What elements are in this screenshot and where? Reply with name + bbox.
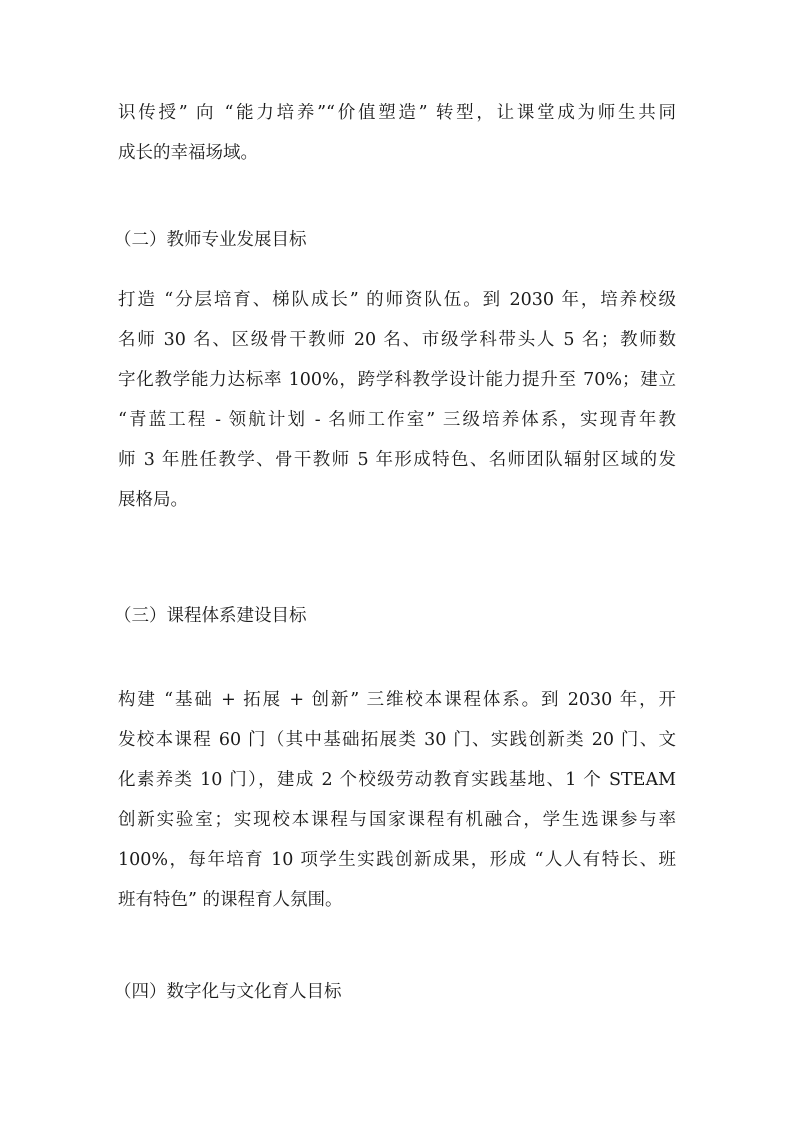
- paragraph-line: “青蓝工程 - 领航计划 - 名师工作室” 三级培养体系，实现青年教: [118, 408, 676, 432]
- section-heading-curriculum: （三）课程体系建设目标: [114, 604, 307, 628]
- paragraph-line: 成长的幸福场域。: [118, 141, 676, 165]
- paragraph-line: 100%，每年培育 10 项学生实践创新成果，形成 “人人有特长、班: [118, 848, 676, 872]
- paragraph-line: 名师 30 名、区级骨干教师 20 名、市级学科带头人 5 名；教师数: [118, 328, 676, 352]
- paragraph-line: 师 3 年胜任教学、骨干教师 5 年形成特色、名师团队辐射区域的发: [118, 448, 676, 472]
- paragraph-line: 班有特色” 的课程育人氛围。: [118, 888, 676, 912]
- paragraph-line: 识传授” 向 “能力培养”“价值塑造” 转型，让课堂成为师生共同: [118, 101, 676, 125]
- paragraph-line: 展格局。: [118, 488, 676, 512]
- section-heading-digital-culture: （四）数字化与文化育人目标: [114, 980, 342, 1004]
- paragraph-line: 创新实验室；实现校本课程与国家课程有机融合，学生选课参与率: [118, 808, 676, 832]
- section-heading-teacher-development: （二）教师专业发展目标: [114, 228, 307, 252]
- paragraph-line: 化素养类 10 门），建成 2 个校级劳动教育实践基地、1 个 STEAM: [118, 768, 676, 792]
- paragraph-line: 打造 “分层培育、梯队成长” 的师资队伍。到 2030 年，培养校级: [118, 288, 676, 312]
- document-page: 识传授” 向 “能力培养”“价值塑造” 转型，让课堂成为师生共同 成长的幸福场域…: [0, 0, 793, 1122]
- paragraph-line: 发校本课程 60 门（其中基础拓展类 30 门、实践创新类 20 门、文: [118, 728, 676, 752]
- paragraph-line: 构建 “基础 + 拓展 + 创新” 三维校本课程体系。到 2030 年，开: [118, 688, 676, 712]
- paragraph-line: 字化教学能力达标率 100%，跨学科教学设计能力提升至 70%；建立: [118, 368, 676, 392]
